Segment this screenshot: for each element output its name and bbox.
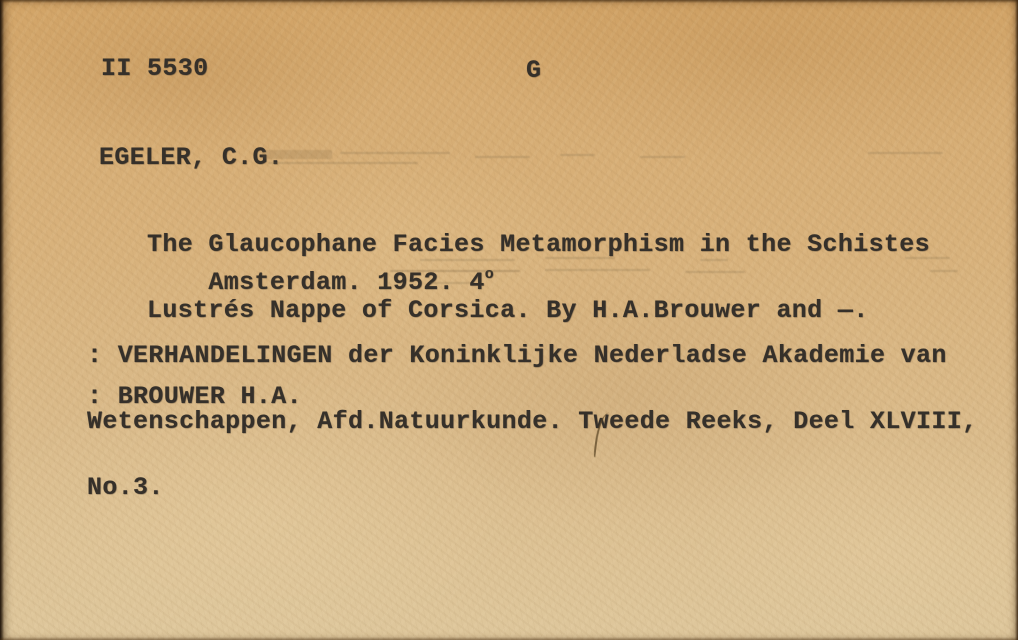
author-heading: EGELER, C.G. [99,147,283,169]
card-edge-left [0,0,4,640]
erased-typing-ghost [640,156,685,158]
section-letter: G [526,60,541,82]
series-note-line-1: : VERHANDELINGEN der Koninklijke Nederla… [87,345,977,367]
erased-typing-ghost [340,152,450,154]
erased-typing-ghost [268,162,418,164]
erased-typing-ghost [868,152,943,154]
card-edge-top [0,0,1018,3]
call-number: II 5530 [101,58,208,80]
erased-typing-ghost [475,156,530,158]
erased-typing-ghost [930,270,958,272]
series-note-line-2: Wetenschappen, Afd.Natuurkunde. Tweede R… [87,411,977,433]
series-note-block: : VERHANDELINGEN der Koninklijke Nederla… [87,301,977,543]
series-note-line-3: No.3. [87,477,977,499]
erased-typing-ghost [560,154,595,156]
added-entry-heading: : BROUWER H.A. [87,386,302,408]
catalog-card: II 5530 G EGELER, C.G. The Glaucophane F… [0,0,1018,640]
imprint-format-superscript: o [485,266,494,283]
imprint-text: Amsterdam. 1952. 4 [208,268,484,297]
